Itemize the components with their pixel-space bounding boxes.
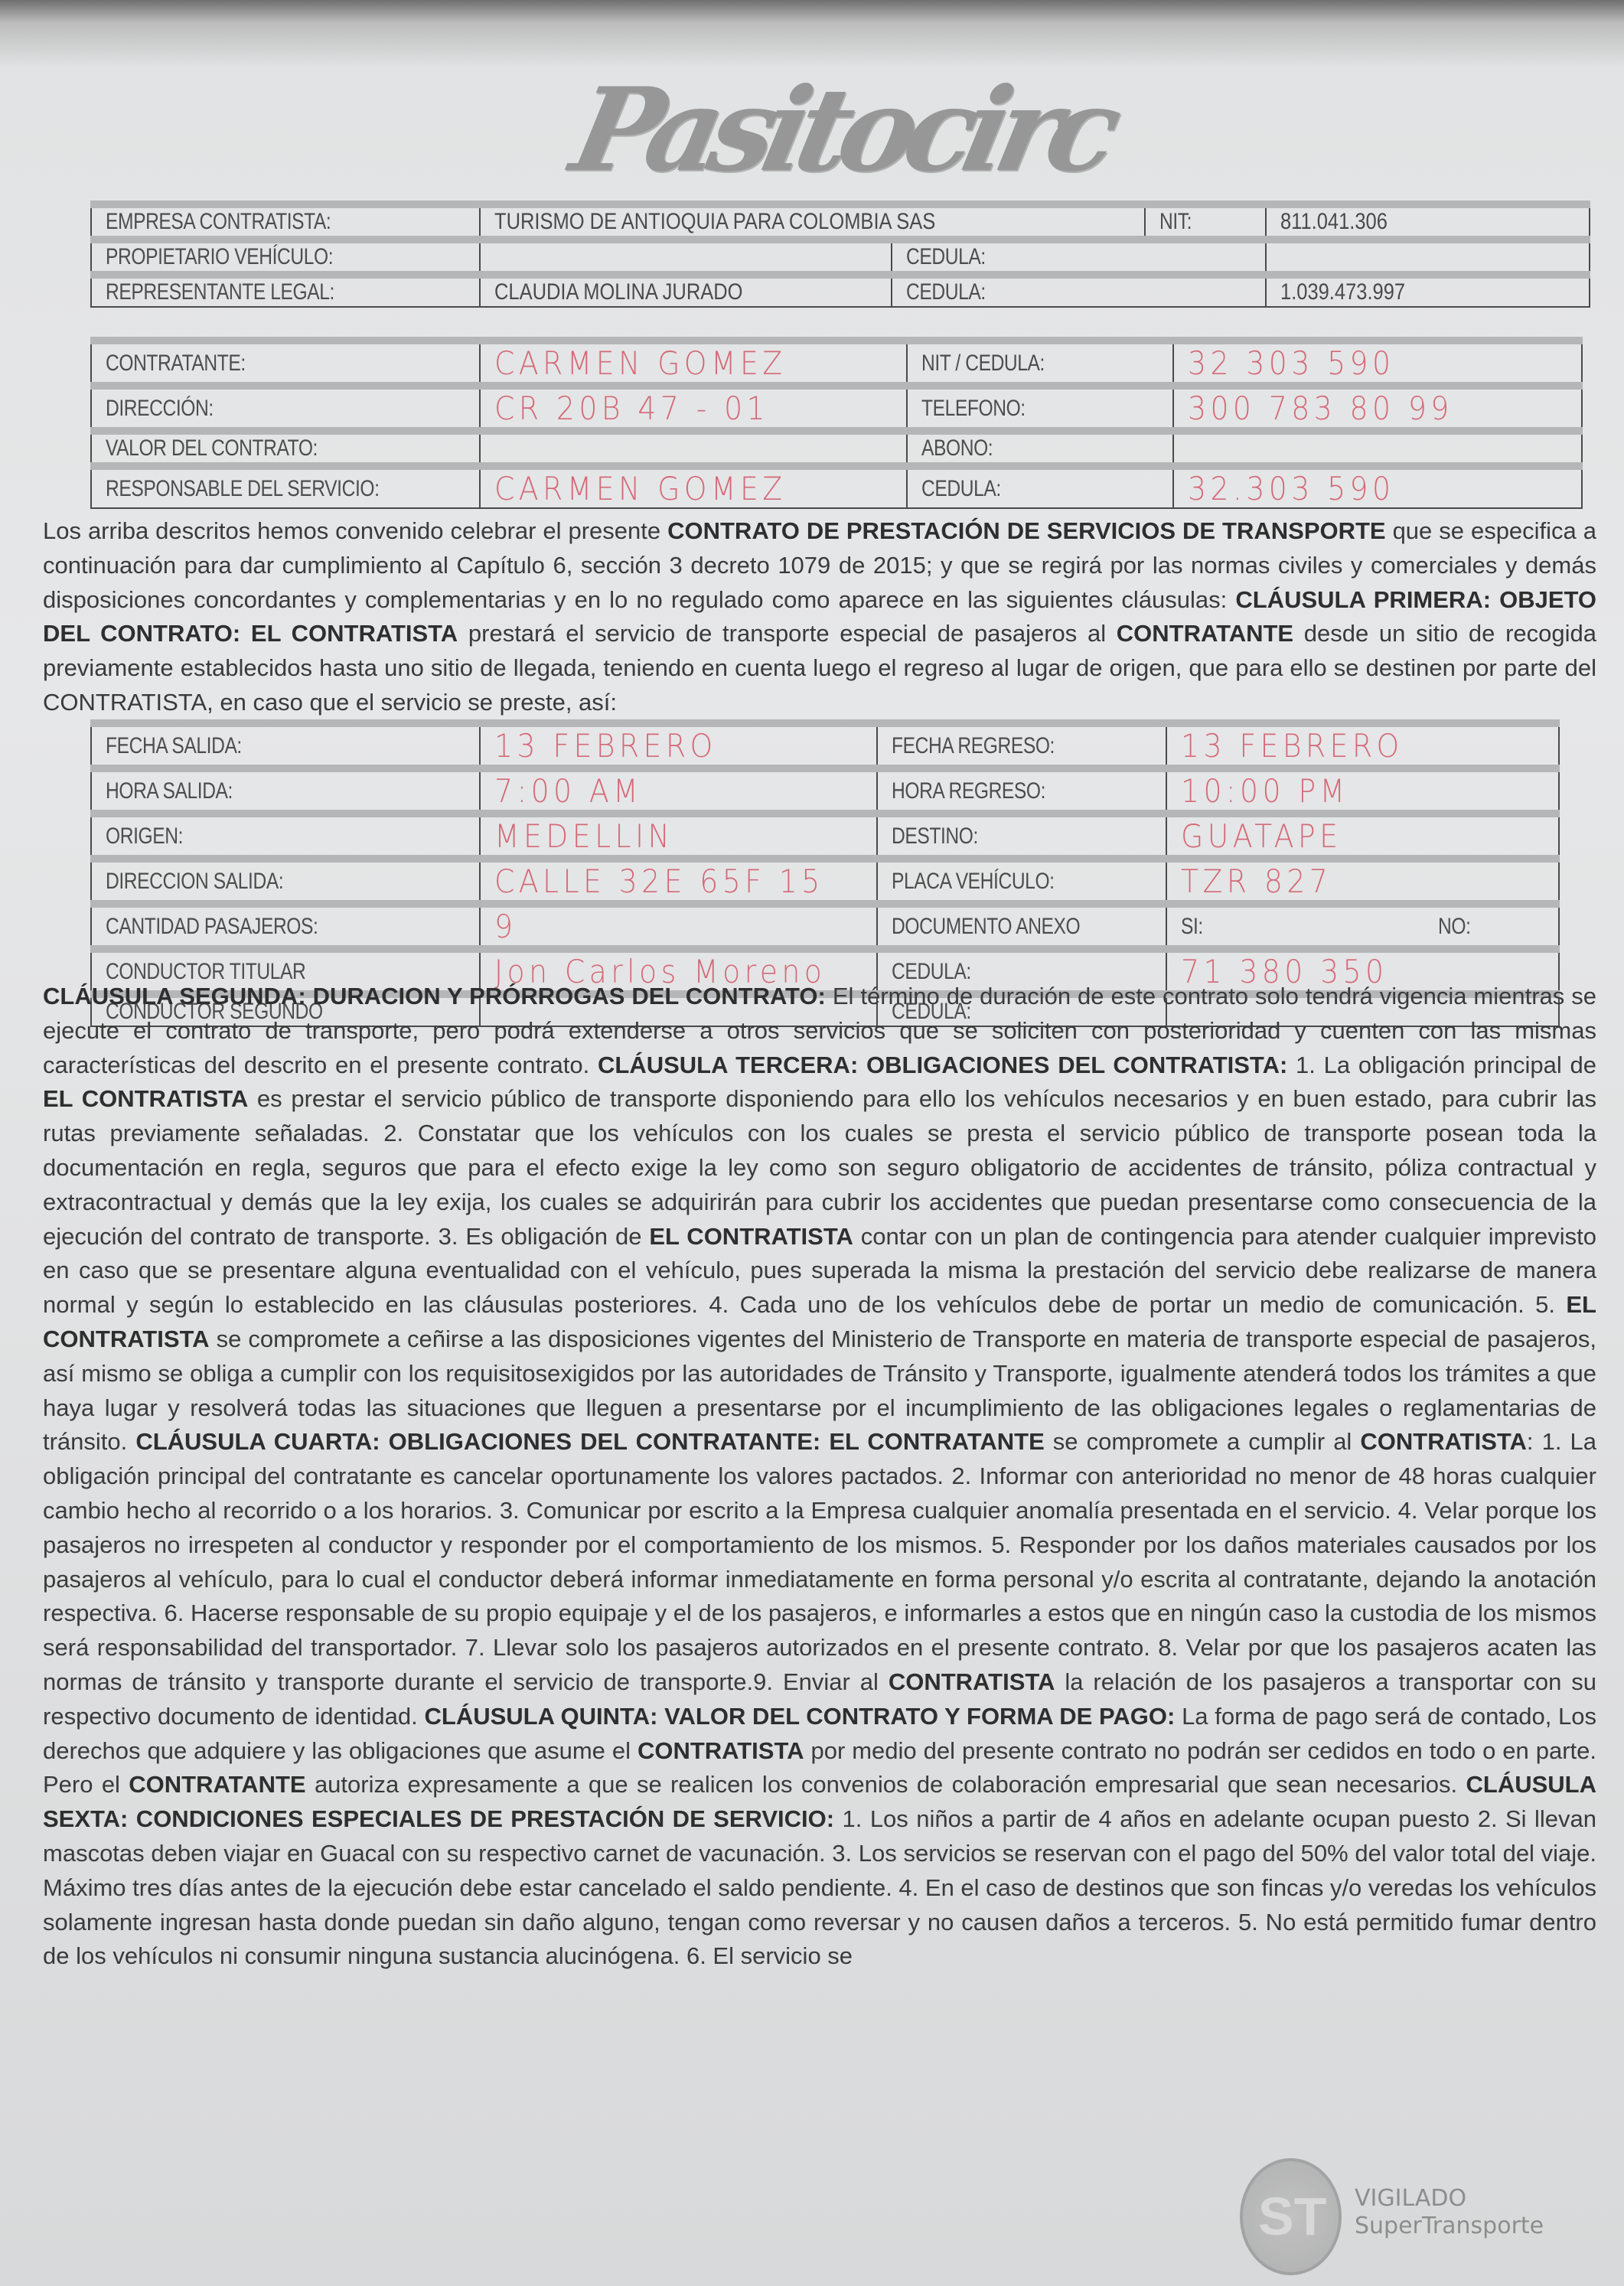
trip-left-value: 7:00 AM bbox=[494, 772, 642, 810]
representante-label: REPRESENTANTE LEGAL: bbox=[106, 279, 334, 305]
contratista-inline: EL CONTRATISTA bbox=[43, 1085, 248, 1112]
valor-contrato-value bbox=[480, 431, 907, 466]
telefono-label: TELEFONO: bbox=[921, 396, 1026, 422]
clause-1-text: prestará el servicio de transporte espec… bbox=[458, 620, 1117, 647]
contratista-inline: CONTRATISTA bbox=[638, 1737, 804, 1764]
trip-right-label: DOCUMENTO ANEXO bbox=[892, 914, 1080, 940]
clauses-body: CLÁUSULA SEGUNDA: DURACION Y PRÓRROGAS D… bbox=[43, 980, 1596, 1974]
propietario-label: PROPIETARIO VEHÍCULO: bbox=[106, 244, 333, 270]
contract-page: Pasitocirc EMPRESA CONTRATISTA: TURISMO … bbox=[0, 0, 1624, 2286]
intro-text: Los arriba descritos hemos convenido cel… bbox=[43, 517, 667, 544]
clause-3-heading: CLÁUSULA TERCERA: OBLIGACIONES DEL CONTR… bbox=[598, 1052, 1287, 1078]
clause-3-text: 1. La obligación principal de bbox=[1287, 1052, 1596, 1078]
vigilado-stamp: VIGILADO SuperTransporte bbox=[1355, 2185, 1544, 2240]
seal-initials: ST bbox=[1258, 2186, 1326, 2247]
intro-paragraph: Los arriba descritos hemos convenido cel… bbox=[43, 514, 1596, 720]
trip-left-value: CALLE 32E 65F 15 bbox=[494, 863, 824, 900]
telefono-value: 300 783 80 99 bbox=[1188, 390, 1453, 427]
clause-4-text: se compromete a cumplir al bbox=[1045, 1428, 1361, 1455]
trip-table-row: DIRECCION SALIDA:CALLE 32E 65F 15PLACA V… bbox=[91, 859, 1559, 904]
propietario-cedula-label: CEDULA: bbox=[906, 244, 986, 270]
clause-2-heading: CLÁUSULA SEGUNDA: DURACION Y PRÓRROGAS D… bbox=[43, 983, 826, 1009]
vigilado-label: VIGILADO bbox=[1355, 2185, 1544, 2213]
responsable-cedula-value: 32.303 590 bbox=[1188, 470, 1394, 507]
contratista-inline: EL CONTRATISTA bbox=[649, 1223, 853, 1250]
trip-right-label: PLACA VEHÍCULO: bbox=[892, 869, 1055, 895]
contratante-value: CARMEN GOMEZ bbox=[494, 344, 787, 382]
trip-table-row: ORIGEN:MEDELLINDESTINO:GUATAPE bbox=[91, 814, 1559, 859]
trip-left-value: 9 bbox=[494, 908, 517, 945]
supertransporte-seal-icon: ST bbox=[1240, 2158, 1342, 2275]
abono-label: ABONO: bbox=[921, 435, 993, 461]
contratante-table: CONTRATANTE: CARMEN GOMEZ NIT / CEDULA: … bbox=[90, 337, 1583, 509]
direccion-value: CR 20B 47 - 01 bbox=[494, 390, 769, 427]
nit-label: NIT: bbox=[1159, 209, 1192, 235]
trip-table-row: CANTIDAD PASAJEROS:9DOCUMENTO ANEXOSI:NO… bbox=[91, 904, 1559, 949]
propietario-cedula-value bbox=[1266, 240, 1590, 275]
contratante-inline: CONTRATANTE bbox=[1117, 620, 1293, 647]
responsable-cedula-label: CEDULA: bbox=[921, 476, 1001, 502]
nit-value: 811.041.306 bbox=[1280, 209, 1388, 235]
trip-right-value: TZR 827 bbox=[1181, 863, 1332, 900]
trip-table-row: FECHA SALIDA:13 FEBREROFECHA REGRESO:13 … bbox=[91, 723, 1559, 768]
trip-table-row: HORA SALIDA:7:00 AMHORA REGRESO:10:00 PM bbox=[91, 768, 1559, 814]
nit-cedula-label: NIT / CEDULA: bbox=[921, 351, 1045, 377]
trip-right-value: GUATAPE bbox=[1181, 817, 1342, 855]
trip-left-label: DIRECCION SALIDA: bbox=[106, 869, 283, 895]
responsable-label: RESPONSABLE DEL SERVICIO: bbox=[106, 476, 380, 502]
empresa-value: TURISMO DE ANTIOQUIA PARA COLOMBIA SAS bbox=[494, 209, 935, 235]
clause-4-heading: CLÁUSULA CUARTA: OBLIGACIONES DEL CONTRA… bbox=[135, 1428, 1044, 1455]
contratista-inline: CONTRATISTA bbox=[889, 1668, 1055, 1695]
trip-left-value: MEDELLIN bbox=[494, 817, 673, 855]
contratista-inline: CONTRATISTA bbox=[1360, 1428, 1527, 1455]
trip-right-label: HORA REGRESO: bbox=[892, 778, 1045, 804]
abono-value bbox=[1173, 431, 1582, 466]
trip-left-label: ORIGEN: bbox=[106, 823, 183, 850]
contract-title-inline: CONTRATO DE PRESTACIÓN DE SERVICIOS DE T… bbox=[667, 517, 1386, 544]
anexo-si-label: SI: bbox=[1181, 914, 1203, 940]
clause-4-text-2: : 1. La obligación principal del contrat… bbox=[43, 1428, 1596, 1695]
representante-value: CLAUDIA MOLINA JURADO bbox=[494, 279, 743, 305]
trip-left-label: FECHA SALIDA: bbox=[106, 733, 242, 759]
clause-5-text-3: autoriza expresamente a que se realicen … bbox=[306, 1771, 1466, 1798]
contratante-label: CONTRATANTE: bbox=[106, 351, 246, 377]
contratante-inline: CONTRATANTE bbox=[129, 1771, 305, 1798]
direccion-label: DIRECCIÓN: bbox=[106, 396, 214, 422]
representante-cedula-label: CEDULA: bbox=[906, 279, 986, 305]
nit-cedula-value: 32 303 590 bbox=[1188, 344, 1394, 382]
trip-right-label: FECHA REGRESO: bbox=[892, 733, 1055, 759]
anexo-no-label: NO: bbox=[1438, 914, 1471, 940]
clause-5-heading: CLÁUSULA QUINTA: VALOR DEL CONTRATO Y FO… bbox=[425, 1703, 1176, 1730]
empresa-label: EMPRESA CONTRATISTA: bbox=[106, 209, 331, 235]
responsable-value: CARMEN GOMEZ bbox=[494, 470, 787, 507]
logo-script-text: Pasitocirc bbox=[535, 54, 1150, 207]
company-table: EMPRESA CONTRATISTA: TURISMO DE ANTIOQUI… bbox=[90, 201, 1590, 308]
representante-cedula-value: 1.039.473.997 bbox=[1280, 279, 1405, 305]
valor-contrato-label: VALOR DEL CONTRATO: bbox=[106, 435, 318, 461]
documento-anexo-options: SI:NO: bbox=[1166, 904, 1559, 949]
company-logo: Pasitocirc bbox=[551, 54, 1133, 207]
propietario-value bbox=[480, 240, 892, 275]
trip-right-label: DESTINO: bbox=[892, 823, 978, 850]
trip-left-label: HORA SALIDA: bbox=[106, 778, 233, 804]
trip-right-value: 13 FEBRERO bbox=[1181, 727, 1404, 765]
supertransporte-label: SuperTransporte bbox=[1355, 2213, 1544, 2240]
trip-left-value: 13 FEBRERO bbox=[494, 727, 717, 765]
trip-left-label: CANTIDAD PASAJEROS: bbox=[106, 914, 318, 940]
trip-right-value: 10:00 PM bbox=[1181, 772, 1349, 810]
